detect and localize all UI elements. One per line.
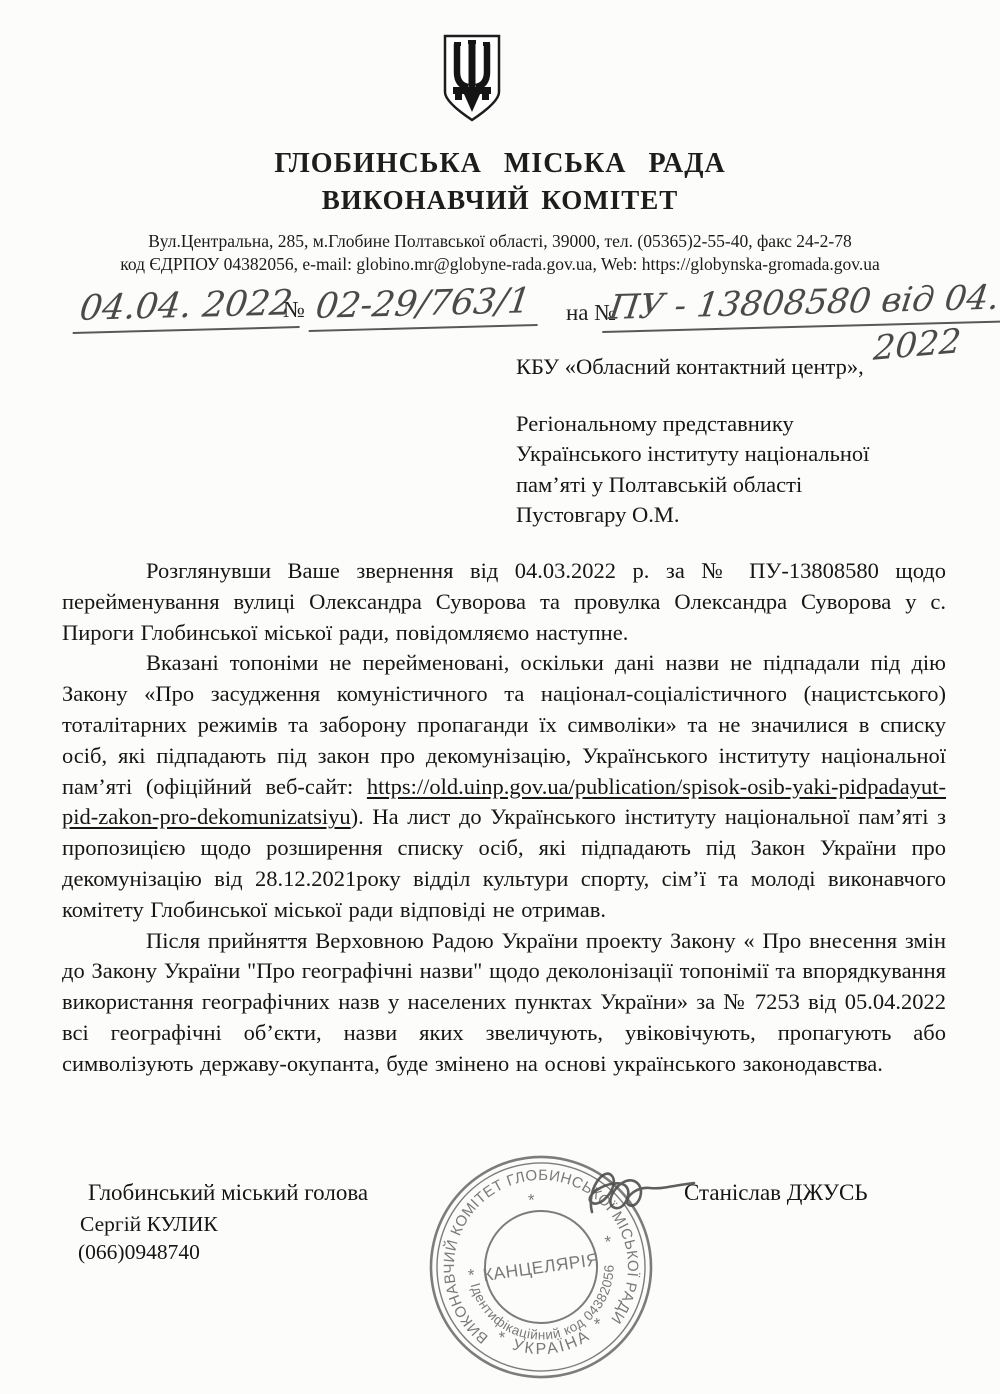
addressee-block: КБУ «Обласний контактний центр», Регіона… (516, 352, 956, 531)
addressee-line: Пустовгару О.М. (516, 500, 956, 531)
handwritten-signature (576, 1150, 706, 1245)
letter-page: ГЛОБИНСЬКА МІСЬКА РАДА ВИКОНАВЧИЙ КОМІТЕ… (0, 0, 1000, 1394)
handwritten-outgoing-date: 04.04. 2022 (73, 283, 305, 334)
org-name-line1: ГЛОБИНСЬКА МІСЬКА РАДА (0, 148, 1000, 180)
ukraine-trident-emblem (440, 32, 504, 124)
signer-position-title: Глобинський міський голова (88, 1180, 368, 1206)
svg-text:*: * (527, 1190, 537, 1210)
executor-name: Сергій КУЛИК (80, 1212, 218, 1237)
svg-text:*: * (593, 1314, 603, 1334)
handwritten-outgoing-number: 02-29/763/1 (309, 281, 543, 332)
addressee-line: пам’яті у Полтавській області (516, 470, 956, 501)
addressee-line: КБУ «Обласний контактний центр», (516, 352, 956, 383)
executor-phone: (066)0948740 (78, 1240, 200, 1265)
addressee-line: Регіональному представнику (516, 409, 956, 440)
stamp-center-text: КАНЦЕЛЯРІЯ (481, 1249, 600, 1285)
body-paragraph-2: Вказані топоніми не перейменовані, оскіл… (62, 648, 946, 925)
number-sign-label: № (283, 297, 305, 323)
body-paragraph-3: Після прийняття Верховною Радою України … (62, 926, 946, 1080)
addressee-line: Українського інституту національної (516, 439, 956, 470)
letter-body: Розглянувши Ваше звернення від 04.03.202… (62, 556, 946, 1080)
org-name-line2: ВИКОНАВЧИЙ КОМІТЕТ (0, 185, 1000, 216)
org-contacts-line: код ЄДРПОУ 04382056, e-mail: globino.mr@… (0, 254, 1000, 275)
org-address-line: Вул.Центральна, 285, м.Глобине Полтавськ… (0, 231, 1000, 252)
body-paragraph-1: Розглянувши Ваше звернення від 04.03.202… (62, 556, 946, 648)
svg-text:*: * (467, 1265, 477, 1285)
signer-name: Станіслав ДЖУСЬ (684, 1180, 868, 1206)
